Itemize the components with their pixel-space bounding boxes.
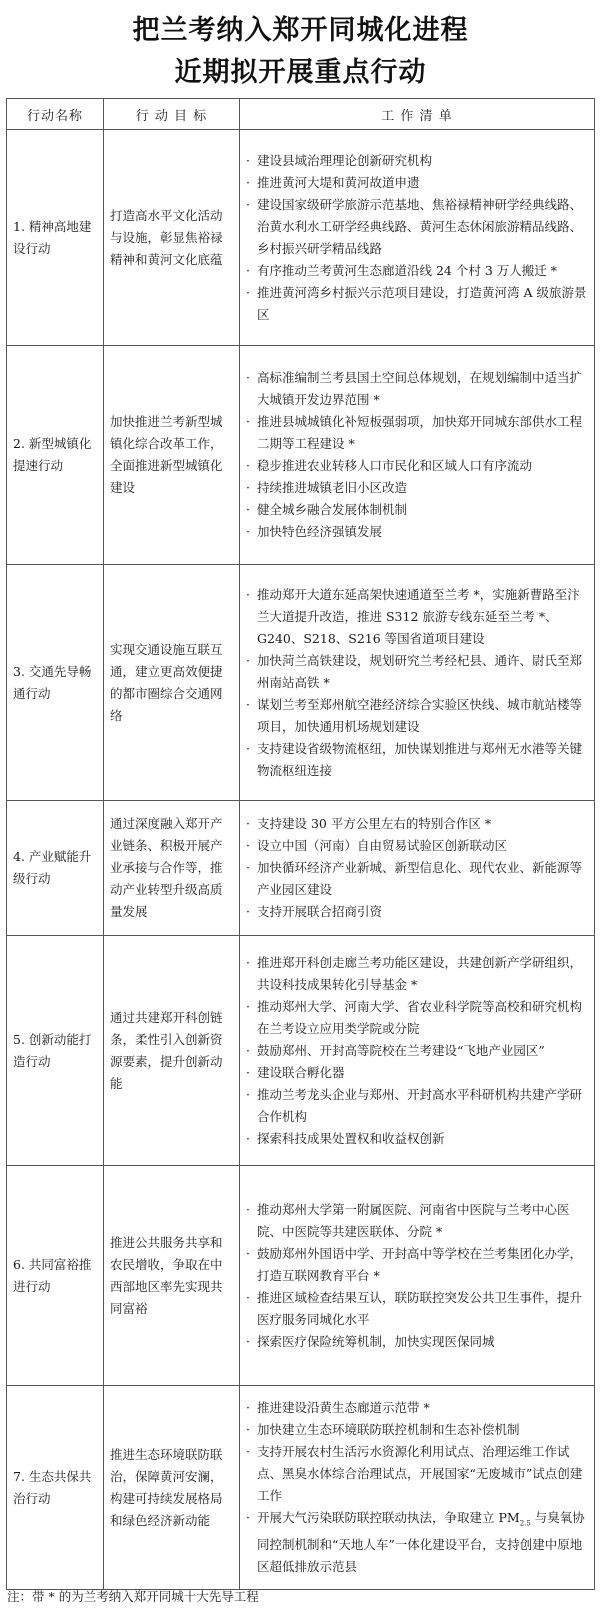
list-item: ·健全城乡融合发展体制机制 [246,499,590,521]
bullet-icon: · [246,150,250,172]
list-item: ·开展大气污染联防联控联动执法，争取建立 PM2.5 与臭氧协同控制机制和“天地… [246,1507,590,1579]
bullet-icon: · [246,1040,250,1062]
list-item: ·支持开展联合招商引资 [246,901,590,923]
list-item: ·谋划兰考至郑州航空港经济综合实验区快线、城市航站楼等项目，加快通用机场规划建设 [246,694,590,738]
bullet-icon: · [246,477,250,499]
work-item-text: 推动郑州大学、河南大学、省农业科学院等高校和研究机构在兰考设立应用类学院或分院 [257,999,582,1036]
bullet-icon: · [246,1419,250,1441]
list-item: ·设立中国（河南）自由贸易试验区创新联动区 [246,835,590,857]
action-name-cell: 7. 生态共保共治行动 [7,1386,104,1590]
list-item: ·推动郑州大学、河南大学、省农业科学院等高校和研究机构在兰考设立应用类学院或分院 [246,996,590,1040]
bullet-icon: · [246,996,250,1018]
document-title-line-2: 近期拟开展重点行动 [0,50,601,89]
list-item: ·支持建设省级物流枢纽，加快谋划推进与郑州无水港等关键物流枢纽连接 [246,738,590,782]
bullet-icon: · [246,813,250,835]
list-item: ·建设联合孵化器 [246,1062,590,1084]
list-item: ·探索科技成果处置权和收益权创新 [246,1128,590,1150]
bullet-icon: · [246,499,250,521]
header-action-goal: 行 动 目 标 [104,99,240,130]
action-name-cell: 1. 精神高地建设行动 [7,130,104,346]
list-item: ·高标准编制兰考县国土空间总体规划，在规划编制中适当扩大城镇开发边界范围 * [246,367,590,411]
work-item-text: 探索科技成果处置权和收益权创新 [257,1131,445,1146]
work-list-cell: ·推动郑开大道东延高架快速通道至兰考 *，实施新曹路至汴兰大道提升改造，推进 S… [240,565,595,801]
list-item: ·持续推进城镇老旧小区改造 [246,477,590,499]
bullet-icon: · [246,172,250,194]
work-item-text: 建设县域治理理论创新研究机构 [257,153,432,168]
bullet-icon: · [246,1243,250,1265]
table-row: 5. 创新动能打造行动通过共建郑开科创链条，柔性引入创新资源要素，提升创新动能·… [7,936,595,1166]
action-name-cell: 2. 新型城镇化提速行动 [7,346,104,565]
list-item: ·推进建设沿黄生态廊道示范带 * [246,1397,590,1419]
list-item: ·鼓励郑州外国语中学、开封高中等学校在兰考集团化办学，打造互联网教育平台 * [246,1243,590,1287]
work-item-text: 推进县城城镇化补短板强弱项，加快郑开同城东部供水工程二期等工程建设 * [257,414,582,451]
work-item-text: 加快循环经济产业新城、新型信息化、现代农业、新能源等产业园区建设 [257,860,582,897]
bullet-icon: · [246,584,250,606]
header-action-name: 行动名称 [7,99,104,130]
bullet-icon: · [246,1287,250,1309]
work-item-text: 推动郑开大道东延高架快速通道至兰考 *，实施新曹路至汴兰大道提升改造，推进 S3… [257,587,580,646]
work-list: ·推动郑开大道东延高架快速通道至兰考 *，实施新曹路至汴兰大道提升改造，推进 S… [246,584,590,782]
list-item: ·建设国家级研学旅游示范基地、焦裕禄精神研学经典线路、治黄水利水工研学经典线路、… [246,194,590,260]
work-item-text: 开展大气污染联防联控联动执法，争取建立 PM2.5 与臭氧协同控制机制和“天地人… [257,1510,585,1575]
work-list-cell: ·建设县域治理理论创新研究机构·推进黄河大堤和黄河故道申遗·建设国家级研学旅游示… [240,130,595,346]
work-item-text: 推进区域检查结果互认，联防联控突发公共卫生事件，提升医疗服务同城化水平 [257,1290,582,1327]
bullet-icon: · [246,650,250,672]
work-list-cell: ·推进建设沿黄生态廊道示范带 *·加快建立生态环境联防联控机制和生态补偿机制·支… [240,1386,595,1590]
list-item: ·推动郑州大学第一附属医院、河南省中医院与兰考中心医院、中医院等共建医联体、分院… [246,1199,590,1243]
bullet-icon: · [246,694,250,716]
list-item: ·有序推动兰考黄河生态廊道沿线 24 个村 3 万人搬迁 * [246,260,590,282]
work-list: ·高标准编制兰考县国土空间总体规划，在规划编制中适当扩大城镇开发边界范围 *·推… [246,367,590,543]
list-item: ·加快建立生态环境联防联控机制和生态补偿机制 [246,1419,590,1441]
work-item-text: 推进建设沿黄生态廊道示范带 * [257,1400,430,1415]
work-list-cell: ·支持建设 30 平方公里左右的特别合作区 *·设立中国（河南）自由贸易试验区创… [240,801,595,936]
bullet-icon: · [246,411,250,433]
work-list-cell: ·推动郑州大学第一附属医院、河南省中医院与兰考中心医院、中医院等共建医联体、分院… [240,1166,595,1386]
action-goal-cell: 推进公共服务共享和农民增收，争取在中西部地区率先实现共同富裕 [104,1166,240,1386]
work-item-text: 建设国家级研学旅游示范基地、焦裕禄精神研学经典线路、治黄水利水工研学经典线路、黄… [257,197,582,256]
action-goal-cell: 加快推进兰考新型城镇化综合改革工作，全面推进新型城镇化建设 [104,346,240,565]
work-item-text: 持续推进城镇老旧小区改造 [257,480,407,495]
list-item: ·推进郑开科创走廊兰考功能区建设，共建创新产学研组织，共设科技成果转化引导基金 … [246,952,590,996]
bullet-icon: · [246,282,250,304]
list-item: ·稳步推进农业转移人口市民化和区域人口有序流动 [246,455,590,477]
bullet-icon: · [246,367,250,389]
list-item: ·推进黄河湾乡村振兴示范项目建设，打造黄河湾 A 级旅游景区 [246,282,590,326]
bullet-icon: · [246,1441,250,1463]
header-work-list: 工 作 清 单 [240,99,595,130]
work-item-text: 推动郑州大学第一附属医院、河南省中医院与兰考中心医院、中医院等共建医联体、分院 … [257,1202,570,1239]
bullet-icon: · [246,1507,250,1529]
table-row: 4. 产业赋能升级行动通过深度融入郑开产业链条、积极开展产业承接与合作等，推动产… [7,801,595,936]
table-header-row: 行动名称 行 动 目 标 工 作 清 单 [7,99,595,130]
work-item-text: 设立中国（河南）自由贸易试验区创新联动区 [257,838,507,853]
action-name-cell: 6. 共同富裕推进行动 [7,1166,104,1386]
work-list: ·推进建设沿黄生态廊道示范带 *·加快建立生态环境联防联控机制和生态补偿机制·支… [246,1397,590,1579]
bullet-icon: · [246,738,250,760]
list-item: ·建设县域治理理论创新研究机构 [246,150,590,172]
work-item-text: 支持开展联合招商引资 [257,904,382,919]
work-item-text: 推进黄河大堤和黄河故道申遗 [257,175,420,190]
work-item-text: 推动兰考龙头企业与郑州、开封高水平科研机构共建产学研合作机构 [257,1087,582,1124]
action-name-cell: 4. 产业赋能升级行动 [7,801,104,936]
list-item: ·推进县城城镇化补短板强弱项，加快郑开同城东部供水工程二期等工程建设 * [246,411,590,455]
work-list: ·建设县域治理理论创新研究机构·推进黄河大堤和黄河故道申遗·建设国家级研学旅游示… [246,150,590,326]
list-item: ·加快特色经济强镇发展 [246,521,590,543]
work-item-text: 鼓励郑州、开封高等院校在兰考建设“飞地产业园区” [257,1043,545,1058]
actions-table: 行动名称 行 动 目 标 工 作 清 单 1. 精神高地建设行动打造高水平文化活… [6,98,595,1590]
list-item: ·推动兰考龙头企业与郑州、开封高水平科研机构共建产学研合作机构 [246,1084,590,1128]
table-body: 1. 精神高地建设行动打造高水平文化活动与设施，彰显焦裕禄精神和黄河文化底蕴·建… [7,130,595,1590]
list-item: ·探索医疗保险统筹机制，加快实现医保同城 [246,1331,590,1353]
work-item-text: 健全城乡融合发展体制机制 [257,502,407,517]
action-goal-cell: 通过共建郑开科创链条，柔性引入创新资源要素，提升创新动能 [104,936,240,1166]
table-row: 7. 生态共保共治行动推进生态环境联防联治，保障黄河安澜，构建可持续发展格局和绿… [7,1386,595,1590]
bullet-icon: · [246,857,250,879]
action-name-cell: 3. 交通先导畅通行动 [7,565,104,801]
bullet-icon: · [246,901,250,923]
list-item: ·加快菏兰高铁建设，规划研究兰考经杞县、通许、尉氏至郑州南站高铁 * [246,650,590,694]
work-item-text: 加快菏兰高铁建设，规划研究兰考经杞县、通许、尉氏至郑州南站高铁 * [257,653,582,690]
work-item-text: 推进郑开科创走廊兰考功能区建设，共建创新产学研组织，共设科技成果转化引导基金 * [257,955,582,992]
work-item-text: 稳步推进农业转移人口市民化和区域人口有序流动 [257,458,532,473]
work-item-text: 高标准编制兰考县国土空间总体规划，在规划编制中适当扩大城镇开发边界范围 * [257,370,582,407]
table-row: 1. 精神高地建设行动打造高水平文化活动与设施，彰显焦裕禄精神和黄河文化底蕴·建… [7,130,595,346]
work-list-cell: ·高标准编制兰考县国土空间总体规划，在规划编制中适当扩大城镇开发边界范围 *·推… [240,346,595,565]
work-item-text: 探索医疗保险统筹机制，加快实现医保同城 [257,1334,495,1349]
list-item: ·推进黄河大堤和黄河故道申遗 [246,172,590,194]
work-item-text: 支持建设 30 平方公里左右的特别合作区 * [257,816,491,831]
action-goal-cell: 通过深度融入郑开产业链条、积极开展产业承接与合作等，推动产业转型升级高质量发展 [104,801,240,936]
work-item-text: 鼓励郑州外国语中学、开封高中等学校在兰考集团化办学，打造互联网教育平台 * [257,1246,582,1283]
work-item-text: 有序推动兰考黄河生态廊道沿线 24 个村 3 万人搬迁 * [257,263,557,278]
bullet-icon: · [246,1084,250,1106]
work-list: ·推动郑州大学第一附属医院、河南省中医院与兰考中心医院、中医院等共建医联体、分院… [246,1199,590,1353]
work-item-text: 支持开展农村生活污水资源化利用试点、治理运维工作试点、黑臭水体综合治理试点，开展… [257,1444,582,1503]
list-item: ·推动郑开大道东延高架快速通道至兰考 *，实施新曹路至汴兰大道提升改造，推进 S… [246,584,590,650]
action-goal-cell: 推进生态环境联防联治，保障黄河安澜，构建可持续发展格局和绿色经济新动能 [104,1386,240,1590]
list-item: ·加快循环经济产业新城、新型信息化、现代农业、新能源等产业园区建设 [246,857,590,901]
work-item-text: 推进黄河湾乡村振兴示范项目建设，打造黄河湾 A 级旅游景区 [257,285,586,322]
work-list: ·支持建设 30 平方公里左右的特别合作区 *·设立中国（河南）自由贸易试验区创… [246,813,590,923]
work-item-text: 加快建立生态环境联防联控机制和生态补偿机制 [257,1422,520,1437]
work-item-text: 谋划兰考至郑州航空港经济综合实验区快线、城市航站楼等项目，加快通用机场规划建设 [257,697,582,734]
bullet-icon: · [246,835,250,857]
table-row: 6. 共同富裕推进行动推进公共服务共享和农民增收，争取在中西部地区率先实现共同富… [7,1166,595,1386]
bullet-icon: · [246,521,250,543]
bullet-icon: · [246,260,250,282]
footnote: 注：带 * 的为兰考纳入郑开同城十大先导工程 [7,1587,259,1605]
bullet-icon: · [246,194,250,216]
bullet-icon: · [246,1397,250,1419]
bullet-icon: · [246,1062,250,1084]
work-list-cell: ·推进郑开科创走廊兰考功能区建设，共建创新产学研组织，共设科技成果转化引导基金 … [240,936,595,1166]
document-title-line-1: 把兰考纳入郑开同城化进程 [0,8,601,47]
list-item: ·支持建设 30 平方公里左右的特别合作区 * [246,813,590,835]
work-item-text: 支持建设省级物流枢纽，加快谋划推进与郑州无水港等关键物流枢纽连接 [257,741,582,778]
action-goal-cell: 打造高水平文化活动与设施，彰显焦裕禄精神和黄河文化底蕴 [104,130,240,346]
bullet-icon: · [246,1331,250,1353]
action-goal-cell: 实现交通设施互联互通，建立更高效便捷的都市圈综合交通网络 [104,565,240,801]
list-item: ·支持开展农村生活污水资源化利用试点、治理运维工作试点、黑臭水体综合治理试点，开… [246,1441,590,1507]
work-item-text: 加快特色经济强镇发展 [257,524,382,539]
table-row: 2. 新型城镇化提速行动加快推进兰考新型城镇化综合改革工作，全面推进新型城镇化建… [7,346,595,565]
bullet-icon: · [246,952,250,974]
bullet-icon: · [246,1199,250,1221]
table-row: 3. 交通先导畅通行动实现交通设施互联互通，建立更高效便捷的都市圈综合交通网络·… [7,565,595,801]
action-name-cell: 5. 创新动能打造行动 [7,936,104,1166]
work-item-text: 建设联合孵化器 [257,1065,345,1080]
bullet-icon: · [246,1128,250,1150]
work-list: ·推进郑开科创走廊兰考功能区建设，共建创新产学研组织，共设科技成果转化引导基金 … [246,952,590,1150]
bullet-icon: · [246,455,250,477]
list-item: ·鼓励郑州、开封高等院校在兰考建设“飞地产业园区” [246,1040,590,1062]
list-item: ·推进区域检查结果互认，联防联控突发公共卫生事件，提升医疗服务同城化水平 [246,1287,590,1331]
